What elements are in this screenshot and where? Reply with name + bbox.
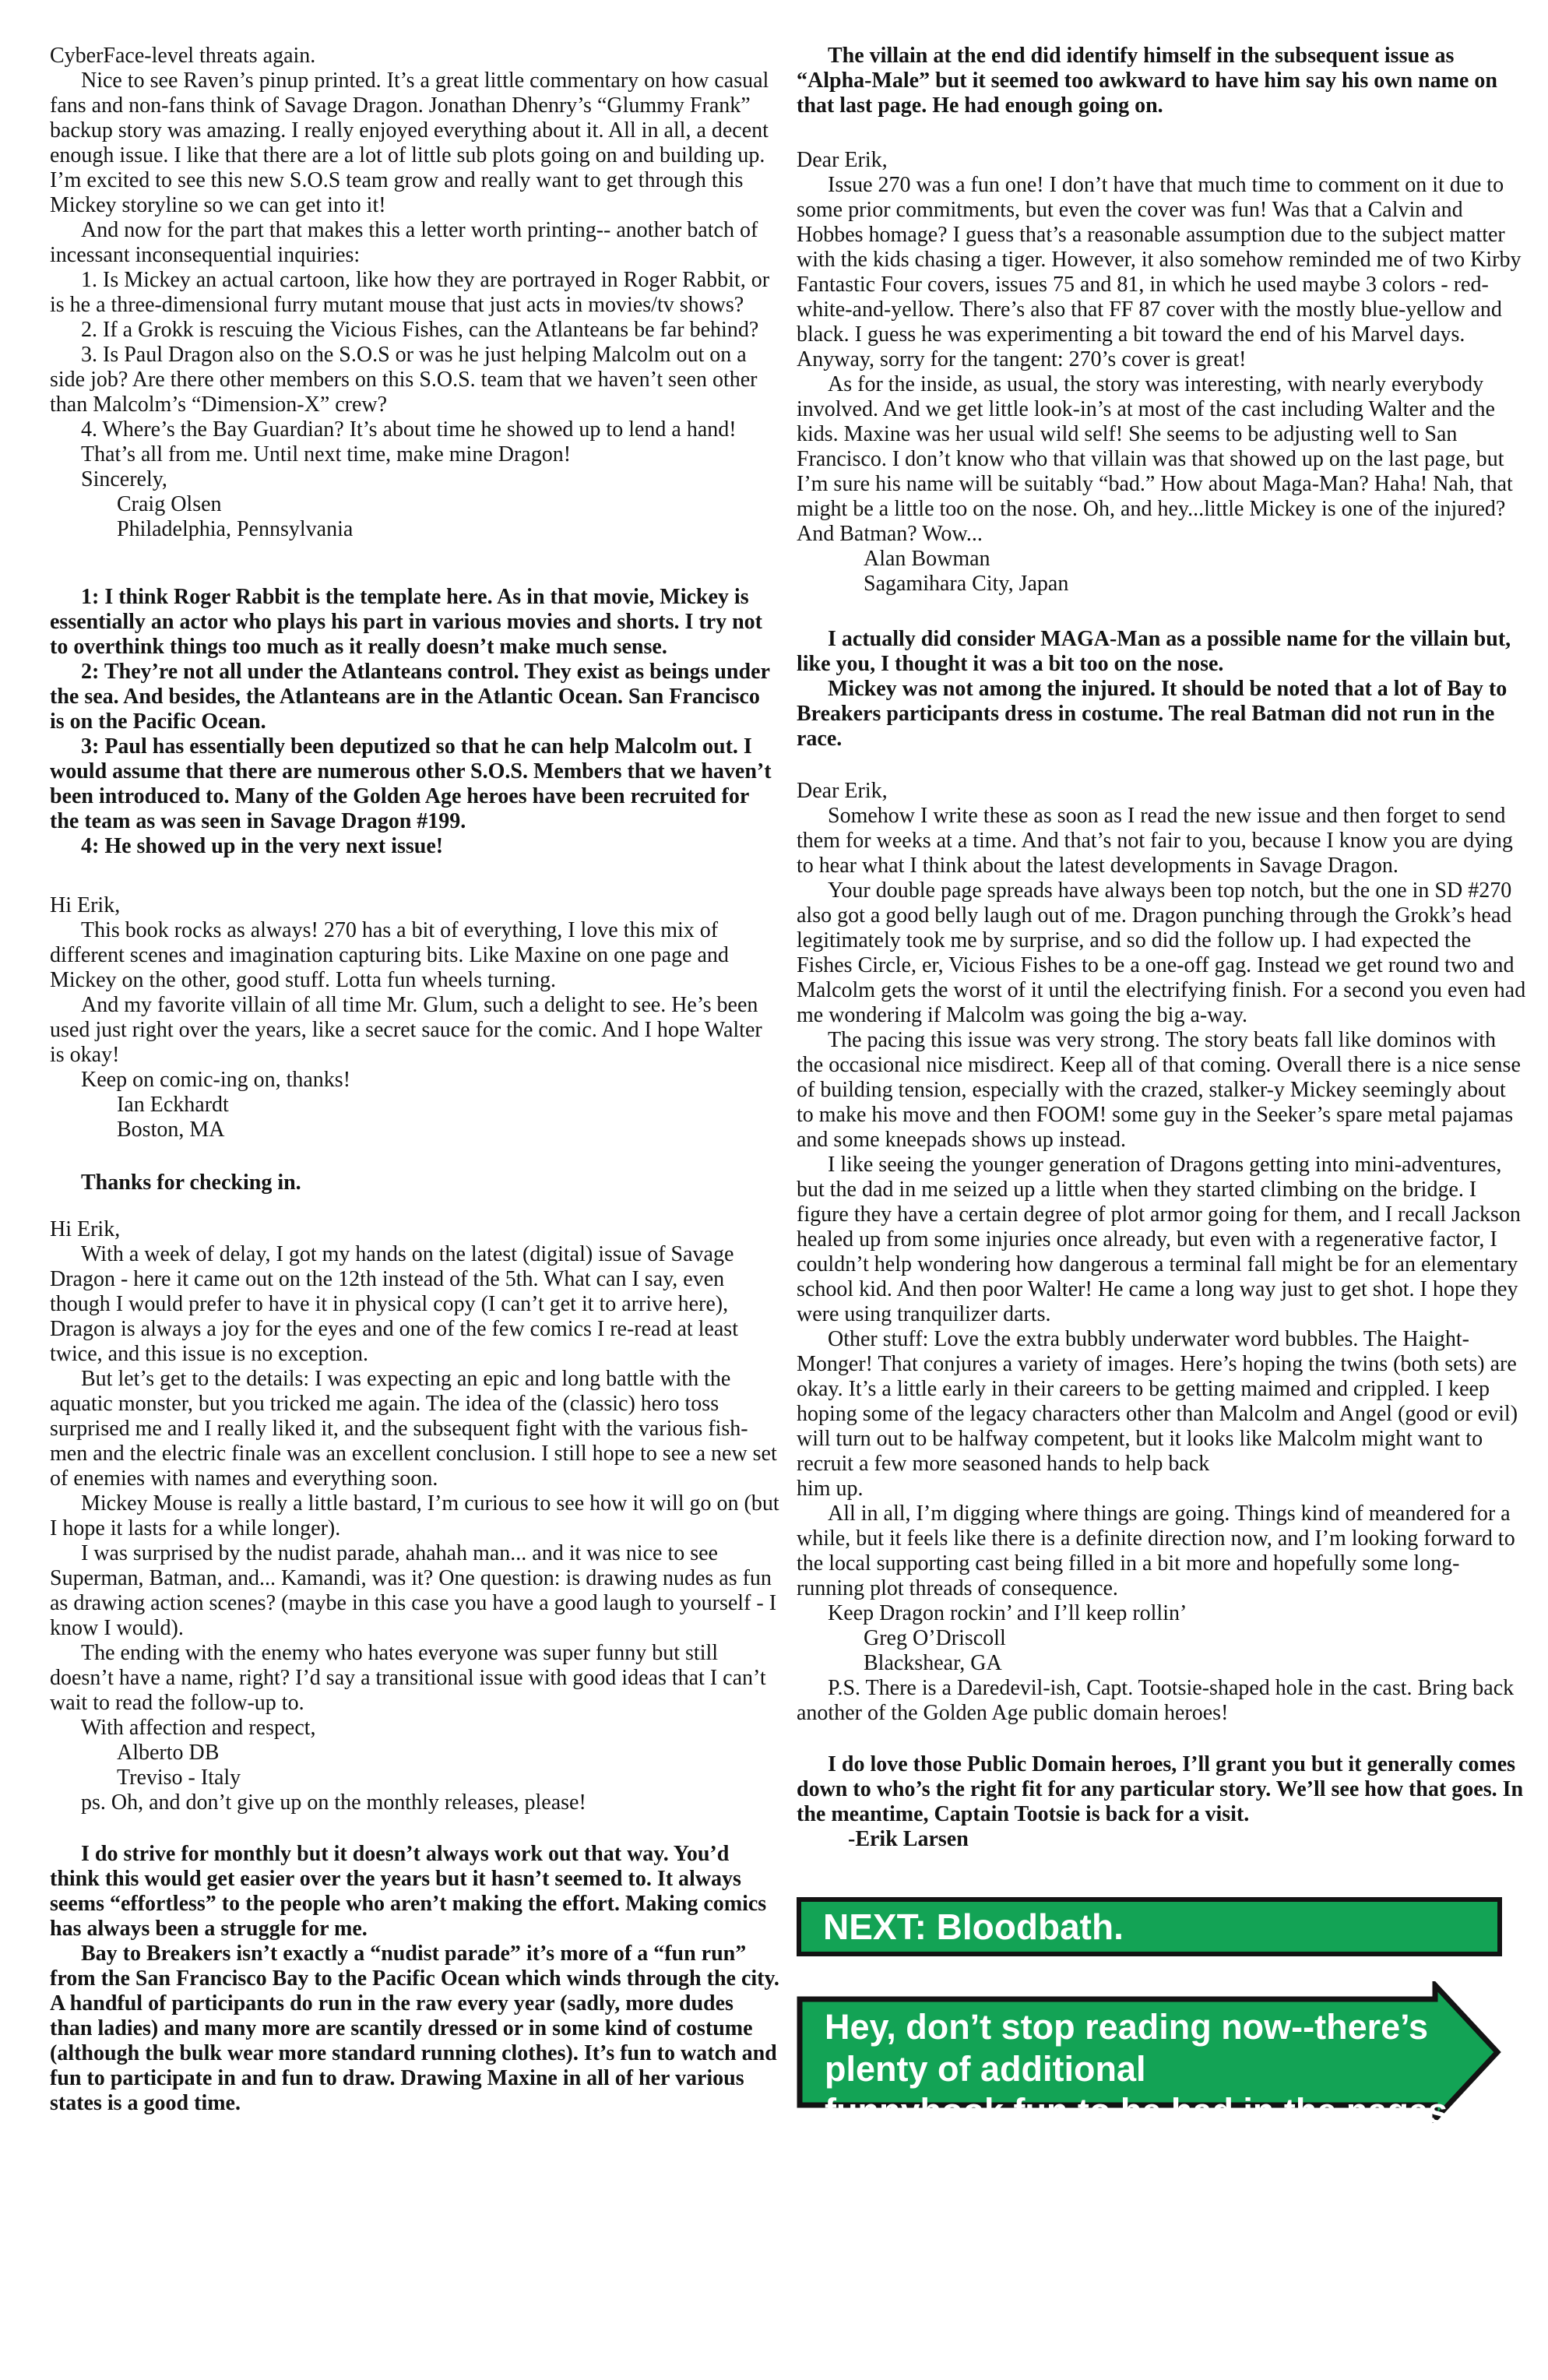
- letter-paragraph: Keep Dragon rockin’ and I’ll keep rollin…: [797, 1601, 1526, 1626]
- continue-reading-arrow-banner: Hey, don’t stop reading now--there’s ple…: [797, 1981, 1502, 2123]
- letter-paragraph: Nice to see Raven’s pinup printed. It’s …: [50, 69, 779, 218]
- left-column: CyberFace-level threats again.Nice to se…: [50, 44, 779, 2123]
- letter-paragraph: Hi Erik,: [50, 1217, 779, 1242]
- continue-reading-text: Hey, don’t stop reading now--there’s ple…: [825, 2006, 1502, 2174]
- letters-page: CyberFace-level threats again.Nice to se…: [0, 0, 1548, 2123]
- spacer: [50, 859, 779, 893]
- letter-paragraph: The ending with the enemy who hates ever…: [50, 1641, 779, 1716]
- next-issue-banner: NEXT: Bloodbath.: [797, 1897, 1502, 1956]
- letter-paragraph: 2. If a Grokk is rescuing the Vicious Fi…: [50, 318, 779, 343]
- letter-paragraph: With affection and respect,: [50, 1716, 779, 1741]
- letter-paragraph: Mickey Mouse is really a little bastard,…: [50, 1491, 779, 1541]
- spacer: [797, 1726, 1526, 1752]
- signature-line: Greg O’Driscoll: [797, 1626, 1526, 1651]
- letter-paragraph: Other stuff: Love the extra bubbly under…: [797, 1327, 1526, 1477]
- letter-paragraph: him up.: [797, 1477, 1526, 1502]
- editor-reply-paragraph: Mickey was not among the injured. It sho…: [797, 677, 1526, 752]
- left-column-letters: CyberFace-level threats again.Nice to se…: [50, 44, 779, 2116]
- letter-paragraph: All in all, I’m digging where things are…: [797, 1502, 1526, 1601]
- spacer: [50, 1142, 779, 1171]
- letter-paragraph: 3. Is Paul Dragon also on the S.O.S or w…: [50, 343, 779, 417]
- letter-paragraph: Your double page spreads have always bee…: [797, 878, 1526, 1028]
- right-column-letters: The villain at the end did identify hims…: [797, 44, 1526, 1852]
- signature-line: Alberto DB: [50, 1741, 779, 1766]
- letter-paragraph: I like seeing the younger generation of …: [797, 1153, 1526, 1327]
- letter-paragraph: 1. Is Mickey an actual cartoon, like how…: [50, 268, 779, 318]
- spacer: [50, 1195, 779, 1217]
- signature-line: Alan Bowman: [797, 547, 1526, 572]
- letter-paragraph: Dear Erik,: [797, 148, 1526, 173]
- letter-paragraph: As for the inside, as usual, the story w…: [797, 372, 1526, 547]
- letter-paragraph: Sincerely,: [50, 467, 779, 492]
- next-issue-label: NEXT: Bloodbath.: [823, 1914, 1124, 1939]
- editor-reply-paragraph: The villain at the end did identify hims…: [797, 44, 1526, 118]
- spacer: [797, 118, 1526, 148]
- editor-reply-paragraph: Thanks for checking in.: [50, 1171, 779, 1195]
- editor-reply-paragraph: I do strive for monthly but it doesn’t a…: [50, 1842, 779, 1942]
- signature-line: Sagamihara City, Japan: [797, 572, 1526, 597]
- letter-paragraph: This book rocks as always! 270 has a bit…: [50, 918, 779, 993]
- editor-reply-paragraph: Bay to Breakers isn’t exactly a “nudist …: [50, 1942, 779, 2116]
- spacer: [797, 597, 1526, 627]
- letter-paragraph: With a week of delay, I got my hands on …: [50, 1242, 779, 1367]
- signature-line: -Erik Larsen: [797, 1827, 1526, 1852]
- signature-line: Boston, MA: [50, 1118, 779, 1142]
- signature-line: Ian Eckhardt: [50, 1093, 779, 1118]
- letter-paragraph: And my favorite villain of all time Mr. …: [50, 993, 779, 1068]
- editor-reply-paragraph: 4: He showed up in the very next issue!: [50, 834, 779, 859]
- letter-paragraph: And now for the part that makes this a l…: [50, 218, 779, 268]
- letter-paragraph: P.S. There is a Daredevil-ish, Capt. Too…: [797, 1676, 1526, 1726]
- spacer: [50, 1815, 779, 1842]
- letter-paragraph: The pacing this issue was very strong. T…: [797, 1028, 1526, 1153]
- letter-paragraph: Dear Erik,: [797, 779, 1526, 804]
- letter-paragraph: But let’s get to the details: I was expe…: [50, 1367, 779, 1491]
- letter-paragraph: Hi Erik,: [50, 893, 779, 918]
- letter-paragraph: Issue 270 was a fun one! I don’t have th…: [797, 173, 1526, 372]
- continue-reading-line-1: Hey, don’t stop reading now--there’s ple…: [825, 2006, 1502, 2090]
- letter-paragraph: Somehow I write these as soon as I read …: [797, 804, 1526, 878]
- letter-paragraph: CyberFace-level threats again.: [50, 44, 779, 69]
- letter-paragraph: That’s all from me. Until next time, mak…: [50, 442, 779, 467]
- spacer: [50, 542, 779, 585]
- signature-line: Blackshear, GA: [797, 1651, 1526, 1676]
- signature-line: Treviso - Italy: [50, 1766, 779, 1790]
- signature-line: Philadelphia, Pennsylvania: [50, 517, 779, 542]
- editor-reply-paragraph: I actually did consider MAGA-Man as a po…: [797, 627, 1526, 677]
- editor-reply-paragraph: 1: I think Roger Rabbit is the template …: [50, 585, 779, 660]
- spacer: [797, 752, 1526, 779]
- editor-reply-paragraph: 3: Paul has essentially been deputized s…: [50, 734, 779, 834]
- editor-reply-paragraph: I do love those Public Domain heroes, I’…: [797, 1752, 1526, 1827]
- letter-paragraph: ps. Oh, and don’t give up on the monthly…: [50, 1790, 779, 1815]
- signature-line: Craig Olsen: [50, 492, 779, 517]
- right-column: The villain at the end did identify hims…: [797, 44, 1526, 2123]
- editor-reply-paragraph: 2: They’re not all under the Atlanteans …: [50, 660, 779, 734]
- letter-paragraph: I was surprised by the nudist parade, ah…: [50, 1541, 779, 1641]
- continue-reading-line-2: funnybook fun to be had in the pages tha…: [825, 2090, 1502, 2174]
- letter-paragraph: 4. Where’s the Bay Guardian? It’s about …: [50, 417, 779, 442]
- letter-paragraph: Keep on comic-ing on, thanks!: [50, 1068, 779, 1093]
